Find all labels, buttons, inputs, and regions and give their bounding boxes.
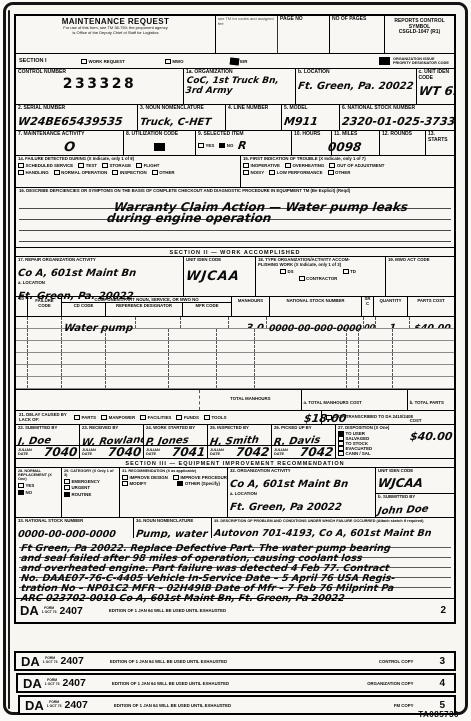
failure-option-label: NORMAL OPERATION xyxy=(61,170,107,175)
parts-row-filled: Water pump 3.0 0000-00-000-0000 00 1 $40… xyxy=(16,317,454,329)
s3-nsn-label: 33. NATIONAL STOCK NUMBER xyxy=(18,519,131,524)
selected-item-box: 9. SELECTED ITEM YES NO R xyxy=(196,131,292,155)
copy-strip-3: DA FORM 1 OCT 73 2407 EDITION OF 1 JAN 6… xyxy=(14,651,456,671)
checkbox-icon xyxy=(18,170,24,175)
model-box: 5. MODEL M911 xyxy=(282,105,340,130)
checkbox-icon xyxy=(18,163,24,168)
col-src: SRC xyxy=(362,297,374,316)
checkbox-icon xyxy=(243,163,249,168)
s3-nsn-box: 33. NATIONAL STOCK NUMBER 0000-00-000-00… xyxy=(16,518,134,538)
submitted-by-block: 22. SUBMITTED BY J. Doe JULIAN DATE 7040 xyxy=(16,425,80,458)
hours-box: 10. HOURS xyxy=(292,131,332,155)
checkbox-icon xyxy=(54,170,60,175)
scan-watermark: TA085730 xyxy=(418,710,459,719)
cell-quantity: 1 xyxy=(376,317,410,328)
category-option: EMERGENCY xyxy=(64,479,100,484)
work-started-by-signature: P. Jones xyxy=(145,435,190,445)
total-manhours-cost-box: a. TOTAL MANHOURS COST $18.00 xyxy=(302,390,408,410)
maint-activity-box: 7. MAINTENANCE ACTIVITY O xyxy=(16,131,124,155)
recommend-option: IMPROVE PROCEDURE xyxy=(173,475,228,480)
form-word-stack: FORM 1 OCT 73 xyxy=(43,657,58,664)
s2-uic-label: UNIT IDEN CODE xyxy=(186,258,253,263)
s3-org-box: 32. ORGANIZATION ACTIVITY Co A, 601st Ma… xyxy=(228,468,376,517)
work-request-label: WORK REQUEST xyxy=(89,59,125,64)
edition-note: EDITION OF 1 JAN 64 WILL BE USED UNTIL E… xyxy=(114,703,394,708)
normal-replacement-box: 28. NORMAL REPLACEMENT (X One) YES NO xyxy=(16,468,62,517)
cell-cd-code: Water pump xyxy=(62,317,136,328)
inspected-by-label: 25. INSPECTED BY xyxy=(210,426,269,431)
checkbox-icon xyxy=(280,269,286,274)
mwo-act-code-label: 19. MWO ACT CODE xyxy=(388,258,452,263)
trouble-option-label: OUT OF ADJUSTMENT xyxy=(337,163,385,168)
checkbox-icon xyxy=(176,415,182,420)
identity-row-3: 7. MAINTENANCE ACTIVITY O 8. UTILIZATION… xyxy=(16,131,454,156)
failure-detected-box: 14. FAILURE DETECTED DURING (X Indicate,… xyxy=(16,156,241,187)
copy-strip-5: DA FORM 1 OCT 73 2407 EDITION OF 1 JAN 6… xyxy=(18,695,456,715)
failure-option: TEST xyxy=(78,163,97,168)
failure-option-label: STORAGE xyxy=(109,163,131,168)
manhours-value: 3.0 xyxy=(245,323,264,328)
failure-trouble-row: 14. FAILURE DETECTED DURING (X Indicate,… xyxy=(16,156,454,188)
delay-option-label: MANPOWER xyxy=(109,415,136,420)
no-checkbox-marked xyxy=(219,143,225,148)
failure-option: SCHEDULED SERVICE xyxy=(18,163,73,168)
col-parts-cost: PARTS COST xyxy=(408,297,454,316)
checkbox-icon xyxy=(101,415,107,420)
julian-date-value: 7040 xyxy=(107,445,142,458)
failure-option: NORMAL OPERATION xyxy=(54,170,108,175)
trouble-option-label: LOW PERFORMANCE xyxy=(277,170,323,175)
s3-description-label: 35. DESCRIPTION OF PROBLEM AND CONDITION… xyxy=(214,519,452,523)
parts-row-empty xyxy=(16,377,454,389)
normal-replacement-label: 28. NORMAL REPLACEMENT (X One) xyxy=(18,469,59,482)
cell-mfr-code xyxy=(181,317,229,328)
total-manhours-label: TOTAL MANHOURS xyxy=(202,397,298,402)
checkbox-icon xyxy=(269,170,275,175)
checkbox-icon xyxy=(64,485,70,490)
picked-up-by-block: 26. PICKED UP BY R. Davis JULIAN DATE 70… xyxy=(272,425,336,458)
utilization-code-stamp-icon xyxy=(154,143,165,151)
checkbox-icon xyxy=(78,163,84,168)
inspected-by-signature: H. Smith xyxy=(209,435,260,445)
delay-label: 21. DELAY CAUSED BY LACK OF: xyxy=(16,413,74,423)
noun-nomenclature-value: Truck, C-HET xyxy=(139,117,212,128)
checkbox-icon xyxy=(338,451,344,456)
normal-yes-option: YES xyxy=(18,483,34,488)
s2-uic-box: UNIT IDEN CODE WJCAA xyxy=(184,257,256,296)
copy-page-number: 5 xyxy=(439,700,445,711)
trouble-option-label: OTHER xyxy=(335,170,350,175)
failure-option-label: FLIGHT xyxy=(144,163,160,168)
col-component: COMPONENT/PART NOUN, SERVICE, OR MWO NO … xyxy=(62,297,232,316)
form-number: 2407 xyxy=(62,677,85,689)
disposition-option-label: CANN / SAL xyxy=(346,451,371,456)
parts-table-header: 20 FAILURE CODE COMPONENT/PART NOUN, SER… xyxy=(16,297,454,317)
da-logo: DA xyxy=(20,603,39,618)
total-manhours-box: TOTAL MANHOURS xyxy=(200,390,301,410)
copy-strip-4: DA FORM 1 OCT 73 2407 EDITION OF 1 JAN 6… xyxy=(16,673,456,693)
trouble-option: OTHER xyxy=(328,170,351,175)
type-org-box: 18. TYPE ORGANIZATION/ACTIVITY ACCOM- PL… xyxy=(256,257,386,296)
description-lines-area: Ft Green, Pa 20022. Replace Defective Pa… xyxy=(16,538,454,599)
model-label: 5. MODEL xyxy=(284,106,337,112)
form-word-stack: FORM 1 OCT 73 xyxy=(42,607,57,614)
trouble-option: LOW PERFORMANCE xyxy=(269,170,322,175)
col-nsn: NATIONAL STOCK NUMBER xyxy=(270,297,362,316)
form-subtitle-2: is Office of the Deputy Chief of Staff f… xyxy=(18,31,213,36)
location-box: b. LOCATION Ft. Green, Pa. 20022 xyxy=(296,69,417,104)
type-option: CONTRACTOR xyxy=(299,276,338,281)
nsn-box: 6. NATIONAL STOCK NUMBER 2320-01-025-373… xyxy=(340,105,454,130)
data-transcribed-option: DATA TRANSCRIBED TO DA 2410/2408 xyxy=(321,411,449,424)
rounds-label: 12. ROUNDS xyxy=(382,132,423,138)
form-date: 1 OCT 73 xyxy=(45,683,60,687)
category-box: 29. CATEGORY (X Only 1 of 3) EMERGENCY U… xyxy=(62,468,120,517)
delay-option: MANPOWER xyxy=(101,415,135,420)
noun-nomenclature-label: 3. NOUN NOMENCLATURE xyxy=(140,106,223,112)
subcol-reference-designator: REFERENCE DESIGNATOR xyxy=(106,303,183,316)
form-word-stack: FORM 1 OCT 73 xyxy=(45,679,60,686)
checkbox-icon xyxy=(328,170,334,175)
eir-part-row: 33. NATIONAL STOCK NUMBER 0000-00-000-00… xyxy=(16,518,454,538)
parts-row-empty xyxy=(16,329,454,341)
copy-page-number: 3 xyxy=(439,656,445,667)
julian-date-label: JULIAN DATE xyxy=(18,448,41,456)
identity-row-2: 2. SERIAL NUMBER W24BE65439535 3. NOUN N… xyxy=(16,105,454,131)
cell-src: 00 xyxy=(364,317,376,328)
cell-failure-code xyxy=(28,317,62,328)
normal-no-option: NO xyxy=(18,490,32,495)
describe-label-row: 16. DESCRIBE DEFICIENCIES OR SYMPTOMS ON… xyxy=(16,188,454,198)
form-word-stack: FORM 1 OCT 73 xyxy=(47,701,62,708)
cell-parts-cost: $40.00 xyxy=(410,317,454,328)
julian-date-value: 7042 xyxy=(235,445,270,458)
delay-option-label: FUNDS xyxy=(184,415,199,420)
delay-option: TOOLS xyxy=(204,415,227,420)
copy-strips: DA FORM 1 OCT 73 2407 EDITION OF 1 JAN 6… xyxy=(14,651,456,717)
rcs-label-2: CSGLD-1047 (R1) xyxy=(387,30,452,36)
section1-row: SECTION I WORK REQUEST MWO EIR ORGANIZAT… xyxy=(16,54,454,69)
failure-option-label: OTHER xyxy=(159,170,174,175)
cell-item xyxy=(16,317,28,328)
section2-header-row: SECTION II — WORK ACCOMPLISHED xyxy=(16,248,454,257)
category-option: URGENT xyxy=(64,485,90,490)
parts-row-empty xyxy=(16,353,454,365)
eir-block-row: 28. NORMAL REPLACEMENT (X One) YES NO 29… xyxy=(16,468,454,518)
copy-type-label: ORGANIZATION COPY xyxy=(367,681,413,686)
s3-noun-label: 34. NOUN NOMENCLATURE xyxy=(136,519,209,524)
totals-row: TOTAL MANHOURS a. TOTAL MANHOURS COST $1… xyxy=(16,389,454,411)
category-label: 29. CATEGORY (X Only 1 of 3) xyxy=(64,469,117,477)
s3-org-value: Co A, 601st Maint Bn xyxy=(229,479,349,490)
data-transcribed-checkbox xyxy=(326,415,332,420)
noun-nomenclature-box: 3. NOUN NOMENCLATURE Truck, C-HET xyxy=(138,105,226,130)
trouble-option-label: NOISY xyxy=(251,170,265,175)
recommend-option: OTHER (Specify) xyxy=(177,481,220,486)
checkbox-icon xyxy=(102,163,108,168)
location-value: Ft. Green, Pa. 20022 xyxy=(297,81,414,92)
describe-label: 16. DESCRIBE DEFICIENCIES OR SYMPTOMS ON… xyxy=(16,188,353,198)
col-quantity: QUANTITY xyxy=(374,297,408,316)
delay-option: PARTS xyxy=(74,415,96,420)
miles-value: 0098 xyxy=(327,140,362,154)
recommend-option-label: OTHER (Specify) xyxy=(185,481,220,486)
cell-reference-designator xyxy=(136,317,181,328)
describe-line-1: Warranty Claim Action — Water pump leaks xyxy=(19,198,451,209)
src-value: 00 xyxy=(364,323,376,328)
s3-uic-box: UNIT IDEN CODE WJCAA xyxy=(376,468,454,493)
copy-page-number: 2 xyxy=(440,605,446,616)
recommendation-box: 31. RECOMMENDATION (X as applicable) IMP… xyxy=(120,468,228,517)
serial-number-value: W24BE65439535 xyxy=(17,115,123,128)
julian-date-label: JULIAN DATE xyxy=(146,448,169,456)
checkbox-icon xyxy=(64,479,70,484)
recommend-option: IMPROVE DESIGN xyxy=(122,475,168,480)
other-checkbox-marked xyxy=(177,481,183,486)
picked-up-by-label: 26. PICKED UP BY xyxy=(274,426,333,431)
normal-yes-label: YES xyxy=(26,483,35,488)
title-block: MAINTENANCE REQUEST For use of this form… xyxy=(16,16,216,53)
unit-iden-code-value: WT 6913 xyxy=(418,84,454,98)
s3-uic-label: UNIT IDEN CODE xyxy=(378,469,452,474)
selected-item-value: R xyxy=(238,139,248,152)
eir-label: EIR xyxy=(240,59,247,64)
checkbox-icon xyxy=(122,481,128,486)
eir-checkbox-marked xyxy=(229,57,239,65)
s3-uic-value: WJCAA xyxy=(377,476,424,490)
disposition-option: CANN / SAL xyxy=(338,451,393,456)
type-option-label: TD xyxy=(350,269,356,274)
serial-number-label: 2. SERIAL NUMBER xyxy=(18,106,135,112)
section2-header: SECTION II — WORK ACCOMPLISHED xyxy=(16,248,454,256)
failure-option: INSPECTION xyxy=(112,170,146,175)
describe-blank xyxy=(16,242,454,247)
maint-activity-value: O xyxy=(63,140,76,155)
line-number-box: 4. LINE NUMBER xyxy=(226,105,282,130)
checkbox-icon xyxy=(74,415,80,420)
delay-row: 21. DELAY CAUSED BY LACK OF: PARTS MANPO… xyxy=(16,411,454,425)
page-no-box: PAGE NO xyxy=(278,16,330,53)
form-number: 2407 xyxy=(60,655,83,667)
type-option-label: CONTRACTOR xyxy=(306,276,337,281)
totals-blank xyxy=(16,390,200,410)
failure-option-label: TEST xyxy=(86,163,97,168)
s2-uic-value: WJCAA xyxy=(185,269,241,284)
nsn-label: 6. NATIONAL STOCK NUMBER xyxy=(342,106,452,112)
repair-org-label: 17. REPAIR ORGANIZATION ACTIVITY xyxy=(18,258,181,263)
failure-option: HANDLING xyxy=(18,170,49,175)
s3-loc-label: a. LOCATION xyxy=(230,492,373,497)
parts-row-empty xyxy=(16,365,454,377)
trouble-option-label: OVERHEATING xyxy=(292,163,324,168)
failure-option: OTHER xyxy=(152,170,175,175)
col-manhours: MANHOURS xyxy=(232,297,270,316)
picked-up-by-signature: R. Davis xyxy=(273,435,321,445)
s3-noun-value: Pump, water xyxy=(135,529,208,538)
type-option: TD xyxy=(343,269,356,274)
describe-text-2: during engine operation xyxy=(106,211,272,225)
miles-label: 11. MILES xyxy=(334,132,377,138)
first-indication-label: 15. FIRST INDICATION OF TROUBLE (X Indic… xyxy=(243,157,452,162)
no-of-pages-label: NO OF PAGES xyxy=(332,17,382,23)
delay-option-label: TOOLS xyxy=(211,415,226,420)
no-label: NO xyxy=(227,143,234,148)
starts-label: 13. STARTS xyxy=(428,132,452,143)
selected-item-label: 9. SELECTED ITEM xyxy=(198,132,289,138)
category-option: ROUTINE xyxy=(64,492,91,497)
da-form-2407: MAINTENANCE REQUEST For use of this form… xyxy=(14,14,456,624)
col-nsn-label: NATIONAL STOCK NUMBER xyxy=(286,298,344,303)
received-by-label: 23. RECEIVED BY xyxy=(82,426,141,431)
julian-date-label: JULIAN DATE xyxy=(210,448,233,456)
received-by-signature: W. Rowland xyxy=(81,434,143,445)
delay-option-label: FACILITIES xyxy=(148,415,172,420)
maint-activity-label: 7. MAINTENANCE ACTIVITY xyxy=(18,132,121,138)
s3-submitted-box: b. SUBMITTED BY John Doe xyxy=(376,493,454,517)
submitted-by-label: 22. SUBMITTED BY xyxy=(18,426,77,431)
eir-option: EIR xyxy=(230,58,248,65)
control-number-value: 233328 xyxy=(18,76,181,92)
organization-value: CoC, 1st Truck Bn, 3rd Army xyxy=(185,76,295,97)
recommendation-label: 31. RECOMMENDATION (X as applicable) xyxy=(122,469,225,473)
repair-loc-label: a. LOCATION xyxy=(18,281,181,286)
delay-option-label: PARTS xyxy=(82,415,97,420)
organization-box: 1a. ORGANIZATION CoC, 1st Truck Bn, 3rd … xyxy=(184,69,296,104)
utilization-code-label: 8. UTILIZATION CODE xyxy=(126,132,193,138)
form-date: 1 OCT 73 xyxy=(47,705,62,709)
line-number-label: 4. LINE NUMBER xyxy=(228,106,279,112)
inspected-by-block: 25. INSPECTED BY H. Smith JULIAN DATE 70… xyxy=(208,425,272,458)
copy-page-number: 4 xyxy=(439,678,445,689)
julian-date-label: JULIAN DATE xyxy=(82,448,105,456)
trouble-option: OVERHEATING xyxy=(285,163,324,168)
julian-date-label: JULIAN DATE xyxy=(274,448,297,456)
rounds-box: 12. ROUNDS xyxy=(380,131,426,155)
julian-date-value: 7040 xyxy=(43,445,78,458)
col-item: 20 xyxy=(16,297,28,316)
describe-lines-area: Warranty Claim Action — Water pump leaks… xyxy=(16,198,454,248)
parts-cost-value: $40.00 xyxy=(413,323,451,328)
form-date: 1 OCT 73 xyxy=(43,661,58,665)
julian-date-value: 7041 xyxy=(171,445,206,458)
copy-type-label: FM COPY xyxy=(394,703,414,708)
checkbox-icon xyxy=(173,475,179,480)
utilization-code-box: 8. UTILIZATION CODE xyxy=(124,131,196,155)
trouble-option: NOISY xyxy=(243,170,264,175)
recommend-option: MODIFY xyxy=(122,481,172,486)
col-src-label: SRC xyxy=(365,297,371,306)
cell-nsn: 0000-00-000-0000 xyxy=(267,317,365,328)
category-option-label: ROUTINE xyxy=(72,492,92,497)
total-parts-cost-box: b. TOTAL PARTS COST $40.00 xyxy=(408,390,454,410)
description-line: Ft Green, Pa 20022. Replace Defective Pa… xyxy=(19,538,451,548)
trouble-option: INOPERATIVE xyxy=(243,163,280,168)
submitted-by-signature: J. Doe xyxy=(17,435,52,445)
total-manhours-cost-label: a. TOTAL MANHOURS COST xyxy=(304,400,362,405)
form-number: 2407 xyxy=(59,605,82,617)
recommend-option-label: MODIFY xyxy=(130,481,147,486)
mwo-checkbox xyxy=(165,59,171,64)
category-option-label: EMERGENCY xyxy=(72,479,100,484)
form-number: 2407 xyxy=(64,699,87,711)
yes-checkbox xyxy=(198,143,204,148)
checkbox-icon xyxy=(299,276,305,281)
nsn-value: 2320-01-025-3733 xyxy=(341,115,454,128)
checkbox-icon xyxy=(285,163,291,168)
org-priority-label: ORGANIZATION ISSUE PRIORITY DESIGNATOR C… xyxy=(393,57,451,65)
section3-header: SECTION III — EQUIPMENT IMPROVEMENT RECO… xyxy=(16,459,454,467)
no-of-pages-box: NO OF PAGES xyxy=(330,16,385,53)
s3-submitted-value: John Doe xyxy=(377,504,430,517)
julian-date-value: 7042 xyxy=(299,445,334,458)
identity-row-1: CONTROL NUMBER 233328 1a. ORGANIZATION C… xyxy=(16,69,454,105)
checkbox-icon xyxy=(18,483,24,488)
subcol-mfr-code: MFR CODE xyxy=(183,303,231,316)
repair-org-value: Co A, 601st Maint Bn xyxy=(17,268,137,279)
normal-no-label: NO xyxy=(26,490,33,495)
col-parts-cost-label: PARTS COST xyxy=(417,298,444,303)
trouble-option-label: INOPERATIVE xyxy=(251,163,280,168)
fine-print-box: see TM for codes and assigned fee xyxy=(216,16,278,53)
work-started-by-label: 24. WORK STARTED BY xyxy=(146,426,205,431)
s3-uic-submitted-box: UNIT IDEN CODE WJCAA b. SUBMITTED BY Joh… xyxy=(376,468,454,517)
checkbox-icon xyxy=(243,170,249,175)
checkbox-icon xyxy=(122,475,128,480)
s3-loc-value: Ft. Green, Pa 20022 xyxy=(229,502,342,513)
s3-submitted-label: b. SUBMITTED BY xyxy=(378,495,452,500)
org-priority-stamp-icon xyxy=(379,57,390,65)
form-title: MAINTENANCE REQUEST xyxy=(18,17,213,26)
routine-checkbox-marked xyxy=(64,492,70,497)
failure-option-label: INSPECTION xyxy=(120,170,147,175)
recommend-option-label: IMPROVE PROCEDURE xyxy=(180,475,228,480)
s3-description-box: 35. DESCRIPTION OF PROBLEM AND CONDITION… xyxy=(212,518,454,538)
col-item-label: 20 xyxy=(19,297,25,302)
repair-org-box: 17. REPAIR ORGANIZATION ACTIVITY Co A, 6… xyxy=(16,257,184,296)
checkbox-icon xyxy=(329,163,335,168)
failure-option-label: HANDLING xyxy=(26,170,49,175)
mwo-act-code-box: 19. MWO ACT CODE xyxy=(386,257,454,296)
control-number-box: CONTROL NUMBER 233328 xyxy=(16,69,184,104)
parts-row-empty xyxy=(16,341,454,353)
rcs-box: REPORTS CONTROL SYMBOL CSGLD-1047 (R1) xyxy=(385,16,454,53)
col-manhours-label: MANHOURS xyxy=(238,298,263,303)
checkbox-icon xyxy=(112,170,118,175)
miles-box: 11. MILES 0098 xyxy=(332,131,380,155)
col-failure-code: FAILURE CODE xyxy=(28,297,62,316)
checkbox-icon xyxy=(136,163,142,168)
failure-option: FLIGHT xyxy=(136,163,159,168)
selected-item-no-option: NO xyxy=(219,143,233,148)
section1-label: SECTION I xyxy=(19,58,81,64)
unit-iden-code-label: c. UNIT IDEN CODE xyxy=(419,70,452,81)
delay-option: FUNDS xyxy=(176,415,199,420)
copy-type-label: CONTROL COPY xyxy=(379,659,414,664)
da-logo: DA xyxy=(23,676,42,691)
form-header-row: MAINTENANCE REQUEST For use of this form… xyxy=(16,16,454,54)
edition-note: EDITION OF 1 JAN 64 WILL BE USED UNTIL E… xyxy=(110,659,379,664)
checkbox-icon xyxy=(152,170,158,175)
da-logo: DA xyxy=(25,698,44,713)
mwo-label: MWO xyxy=(172,59,183,64)
starts-box: 13. STARTS xyxy=(426,131,454,155)
subcol-cd-code: CD CODE xyxy=(62,303,106,316)
repair-org-row: 17. REPAIR ORGANIZATION ACTIVITY Co A, 6… xyxy=(16,257,454,297)
failure-option-label: SCHEDULED SERVICE xyxy=(26,163,74,168)
edition-note: EDITION OF 1 JAN 64 WILL BE USED UNTIL E… xyxy=(109,608,441,613)
col-failure-code-label: FAILURE CODE xyxy=(35,298,53,308)
serial-number-box: 2. SERIAL NUMBER W24BE65439535 xyxy=(16,105,138,130)
